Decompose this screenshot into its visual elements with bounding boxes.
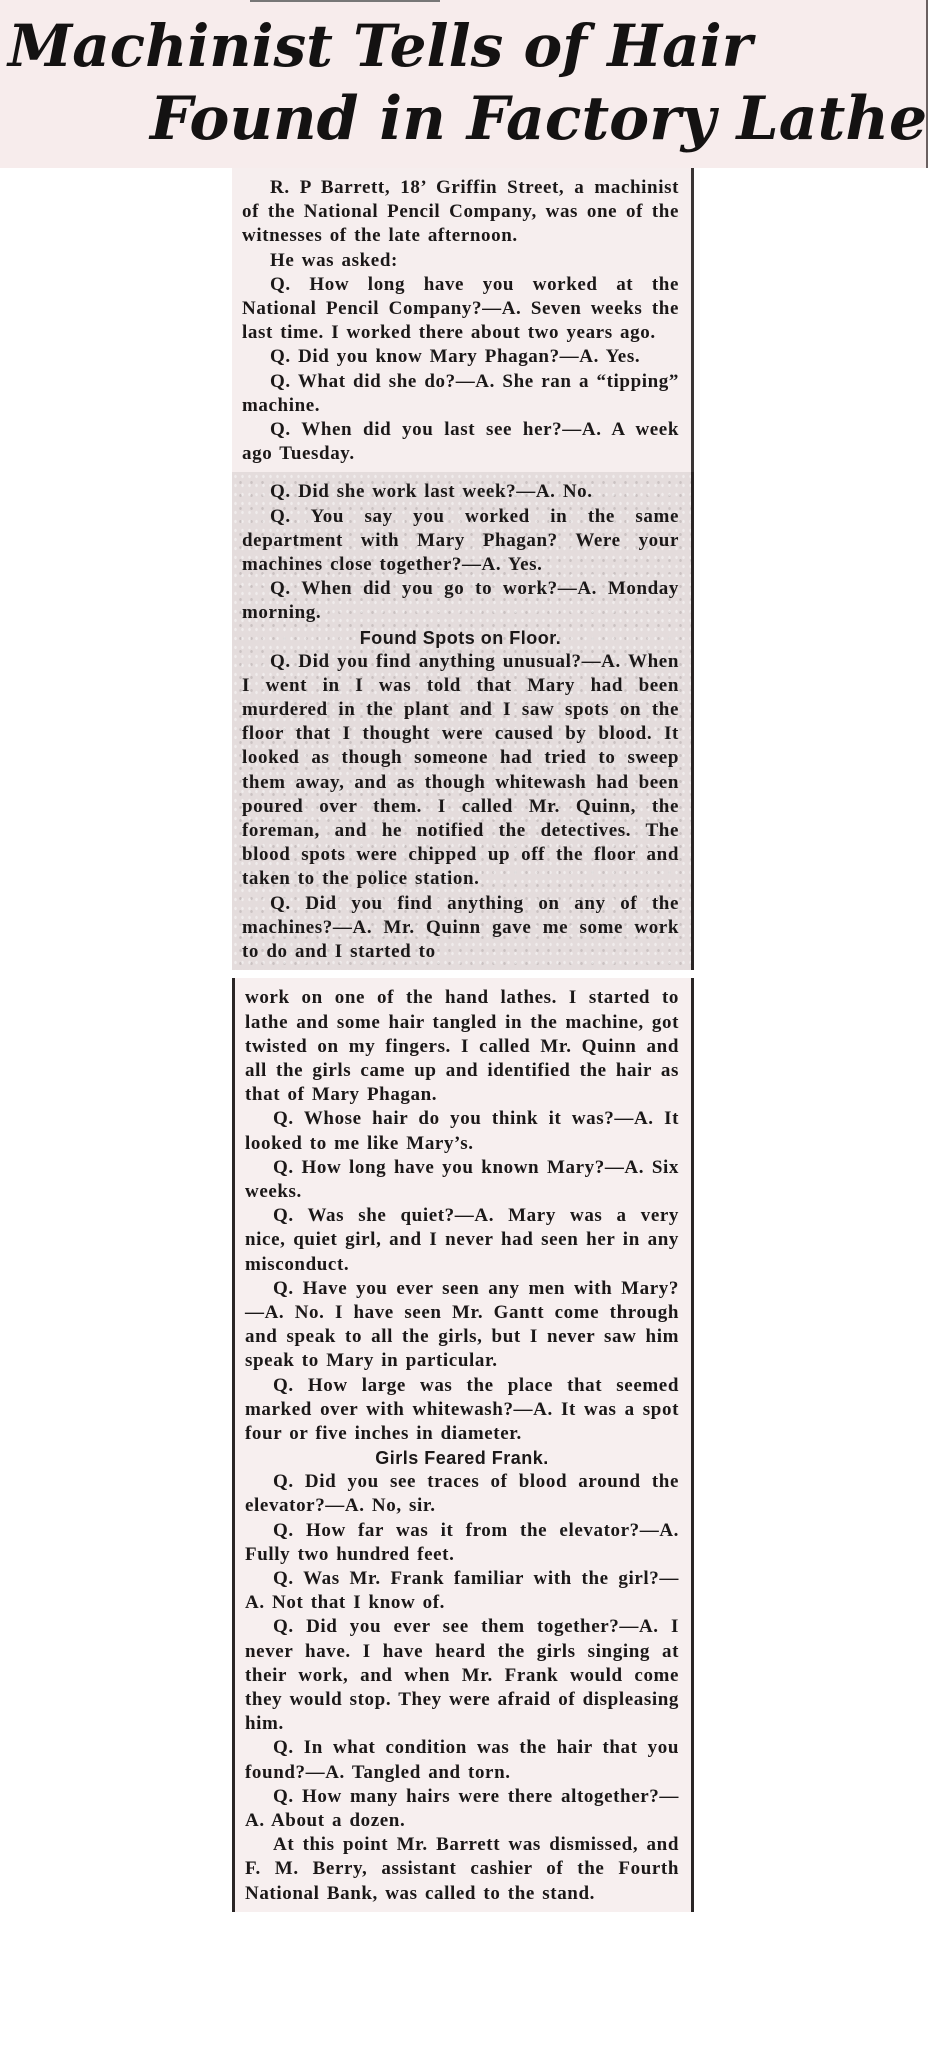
qa-paragraph: Q. How large was the place that seemed m… [245,1374,679,1447]
asked-line: He was asked: [242,249,679,273]
headline-line-1: Machinist Tells of Hair [8,12,752,80]
qa-paragraph: Q. How far was it from the elevator?—A. … [245,1519,679,1567]
qa-paragraph: Q. How long have you known Mary?—A. Six … [245,1156,679,1204]
qa-paragraph: Q. Have you ever seen any men with Mary?… [245,1277,679,1374]
qa-paragraph: Q. When did you go to work?—A. Monday mo… [242,577,679,625]
article-section-3: work on one of the hand lathes. I starte… [232,978,694,1912]
qa-paragraph: Q. How many hairs were there altogether?… [245,1785,679,1833]
subhead-girls-feared-frank: Girls Feared Frank. [245,1446,679,1470]
qa-paragraph: Q. Whose hair do you think it was?—A. It… [245,1107,679,1155]
qa-paragraph: Q. Did you find anything on any of the m… [242,892,679,965]
article-section-2: Q. Did she work last week?—A. No. Q. You… [232,472,694,970]
headline-line-2: Found in Factory Lathe [150,84,927,154]
subhead-found-spots: Found Spots on Floor. [242,626,679,650]
clipping-gap [232,970,694,978]
qa-paragraph: Q. Did you see traces of blood around th… [245,1470,679,1518]
qa-paragraph: Q. You say you worked in the same depart… [242,505,679,578]
qa-paragraph: Q. How long have you worked at the Natio… [242,273,679,346]
qa-paragraph: Q. Did she work last week?—A. No. [242,480,679,504]
headline-clipping: Machinist Tells of Hair Found in Factory… [0,0,928,168]
closing-paragraph: At this point Mr. Barrett was dismissed,… [245,1833,679,1906]
qa-paragraph: Q. When did you last see her?—A. A week … [242,418,679,466]
qa-paragraph: Q. What did she do?—A. She ran a “tippin… [242,370,679,418]
continuation-paragraph: work on one of the hand lathes. I starte… [245,986,679,1107]
qa-paragraph: Q. Was she quiet?—A. Mary was a very nic… [245,1204,679,1277]
article-column: R. P Barrett, 18’ Griffin Street, a mach… [232,168,694,1912]
qa-paragraph: Q. Did you know Mary Phagan?—A. Yes. [242,345,679,369]
qa-paragraph: Q. Was Mr. Frank familiar with the girl?… [245,1567,679,1615]
qa-paragraph: Q. Did you find anything unusual?—A. Whe… [242,650,679,892]
qa-paragraph: Q. In what condition was the hair that y… [245,1736,679,1784]
article-section-1: R. P Barrett, 18’ Griffin Street, a mach… [232,168,694,472]
top-rule-divider [250,0,440,2]
qa-paragraph: Q. Did you ever see them together?—A. I … [245,1615,679,1736]
intro-paragraph: R. P Barrett, 18’ Griffin Street, a mach… [242,176,679,249]
